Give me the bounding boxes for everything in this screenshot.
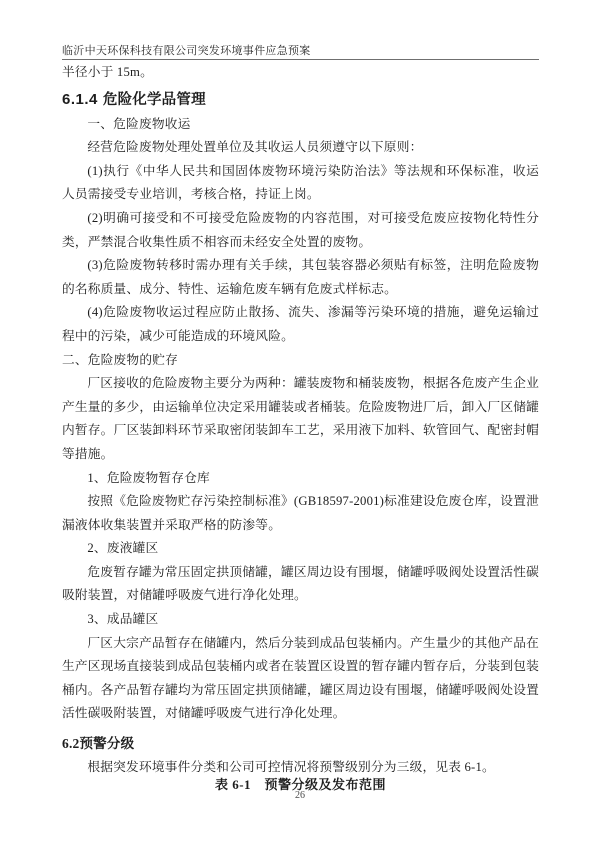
- paragraph: 经营危险废物处理处置单位及其收运人员须遵守以下原则：: [62, 136, 539, 160]
- list-item-label: 二、危险废物的贮存: [62, 349, 539, 373]
- page-footer: 26: [0, 790, 600, 801]
- paragraph: 按照《危险废物贮存污染控制标准》(GB18597-2001)标准建设危废仓库，设…: [62, 490, 539, 537]
- paragraph: 厂区大宗产品暂存在储罐内，然后分装到成品包装桶内。产生量少的其他产品在生产区现场…: [62, 632, 539, 726]
- header-title: 临沂中天环保科技有限公司突发环境事件应急预案: [62, 45, 311, 57]
- paragraph: 危废暂存罐为常压固定拱顶储罐，罐区周边设有围堰，储罐呼吸阀处设置活性碳吸附装置，…: [62, 561, 539, 608]
- paragraph-rule-4: (4)危险废物收运过程应防止散扬、流失、渗漏等污染环境的措施，避免运输过程中的污…: [62, 301, 539, 348]
- page-body: 半径小于 15m。 6.1.4危险化学品管理 一、危险废物收运 经营危险废物处理…: [62, 61, 539, 794]
- page-header: 临沂中天环保科技有限公司突发环境事件应急预案: [62, 44, 539, 60]
- page-number: 26: [295, 790, 305, 801]
- section-heading-6-1-4: 6.1.4危险化学品管理: [62, 87, 539, 113]
- sub-list-label-1: 1、危险废物暂存仓库: [62, 467, 539, 491]
- sub-list-label-2: 2、废液罐区: [62, 537, 539, 561]
- sub-list-label-3: 3、成品罐区: [62, 608, 539, 632]
- section-number: 6.1.4: [62, 91, 98, 108]
- paragraph-rule-3: (3)危险废物转移时需办理有关手续，其包装容器必须贴有标签，注明危险废物的名称质…: [62, 254, 539, 301]
- document-page: 临沂中天环保科技有限公司突发环境事件应急预案 半径小于 15m。 6.1.4危险…: [0, 0, 600, 848]
- section-heading-6-2: 6.2预警分级: [62, 732, 539, 756]
- paragraph-continued: 半径小于 15m。: [62, 61, 539, 85]
- paragraph: 厂区接收的危险废物主要分为两种：罐装废物和桶装废物，根据各危废产生企业产生量的多…: [62, 372, 539, 466]
- paragraph-rule-1: (1)执行《中华人民共和国固体废物环境污染防治法》等法规和环保标准，收运人员需接…: [62, 160, 539, 207]
- paragraph-rule-2: (2)明确可接受和不可接受危险废物的内容范围，对可接受危废应按物化特性分类，严禁…: [62, 207, 539, 254]
- list-item-label: 一、危险废物收运: [62, 113, 539, 137]
- section-title: 危险化学品管理: [103, 92, 206, 108]
